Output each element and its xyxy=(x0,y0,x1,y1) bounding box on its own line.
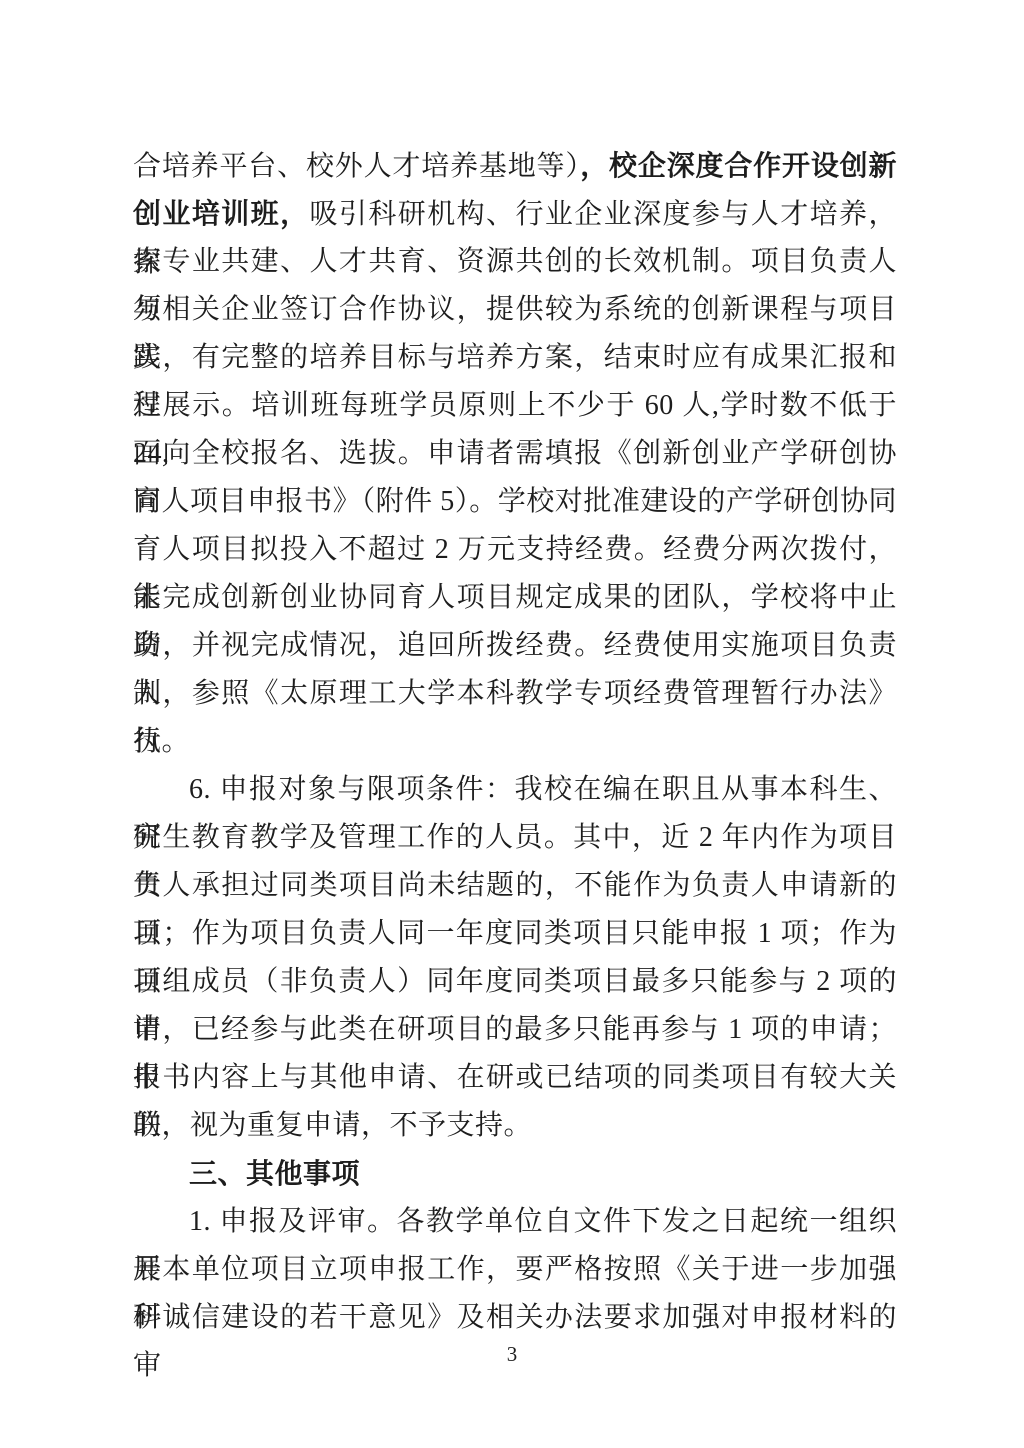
bold-text-segment: 创业培训班， xyxy=(133,198,310,229)
document-body: 合培养平台、校外人才培养基地等），校企深度合作开设创新创业培训班，吸引科研机构、… xyxy=(133,142,897,1342)
text-line: 创业培训班，吸引科研机构、行业企业深度参与人才培养，探 xyxy=(133,190,897,238)
text-line: 制，参照《太原理工大学本科教学专项经费管理暂行办法》执 xyxy=(133,670,897,718)
text-line: 合培养平台、校外人才培养基地等），校企深度合作开设创新 xyxy=(133,142,897,190)
bold-text-segment: ，校企深度合作开设创新 xyxy=(580,150,897,181)
text-line: 研诚信建设的若干意见》及相关办法要求加强对申报材料的审 xyxy=(133,1294,897,1342)
text-line: 践，有完整的培养目标与培养方案，结束时应有成果汇报和过 xyxy=(133,334,897,382)
text-line: 目；作为项目负责人同一年度同类项目只能申报 1 项；作为项 xyxy=(133,910,897,958)
text-line: 育人项目拟投入不超过 2 万元支持经费。经费分两次拨付，未 xyxy=(133,526,897,574)
text-line: 程展示。培训班每班学员原则上不少于 60 人,学时数不低于 24, xyxy=(133,382,897,430)
text-line: 索专业共建、人才共育、资源共创的长效机制。项目负责人须 xyxy=(133,238,897,286)
text-line: 报书内容上与其他申请、在研或已结项的同类项目有较大关联 xyxy=(133,1054,897,1102)
text-segment: 的，视为重复申请，不予支持。 xyxy=(133,1110,532,1141)
text-line: 面向全校报名、选拔。申请者需填报《创新创业产学研创协同 xyxy=(133,430,897,478)
text-line: 目组成员（非负责人）同年度同类项目最多只能参与 2 项的申 xyxy=(133,958,897,1006)
page-number: 3 xyxy=(0,1340,1024,1368)
text-line: 请，已经参与此类在研项目的最多只能再参与 1 项的申请；申 xyxy=(133,1006,897,1054)
text-line: 与相关企业签订合作协议，提供较为系统的创新课程与项目实 xyxy=(133,286,897,334)
text-line: 责人承担过同类项目尚未结题的，不能作为负责人申请新的项 xyxy=(133,862,897,910)
text-line: 能完成创新创业协同育人项目规定成果的团队，学校将中止资 xyxy=(133,574,897,622)
document-page: 合培养平台、校外人才培养基地等），校企深度合作开设创新创业培训班，吸引科研机构、… xyxy=(0,0,1024,1448)
text-line: 6. 申报对象与限项条件：我校在编在职且从事本科生、研 xyxy=(133,766,897,814)
text-segment: 合培养平台、校外人才培养基地等） xyxy=(133,151,580,182)
text-line: 究生教育教学及管理工作的人员。其中，近 2 年内作为项目负 xyxy=(133,814,897,862)
text-line: 的，视为重复申请，不予支持。 xyxy=(133,1102,897,1150)
text-line: 育人项目申报书》（附件 5）。学校对批准建设的产学研创协同 xyxy=(133,478,897,526)
text-segment: 行。 xyxy=(133,726,190,757)
text-line: 展本单位项目立项申报工作，要严格按照《关于进一步加强科 xyxy=(133,1246,897,1294)
text-segment: 育人项目申报书》（附件 5）。学校对批准建设的产学研创协同 xyxy=(133,486,897,517)
text-line: 助，并视完成情况，追回所拨经费。经费使用实施项目负责人 xyxy=(133,622,897,670)
text-line: 行。 xyxy=(133,718,897,766)
text-line: 三、其他事项 xyxy=(133,1150,897,1198)
bold-text-segment: 三、其他事项 xyxy=(189,1158,360,1189)
text-line: 1. 申报及评审。各教学单位自文件下发之日起统一组织开 xyxy=(133,1198,897,1246)
